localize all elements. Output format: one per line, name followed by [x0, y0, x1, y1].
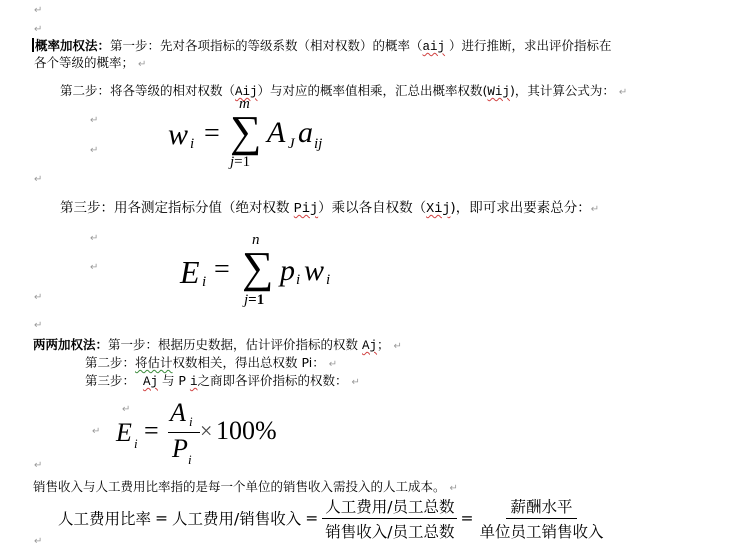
step1-line2-text: 各个等级的概率；	[34, 55, 134, 70]
formula-eq: =	[204, 118, 220, 150]
numerator-A: A	[170, 398, 186, 428]
sum-lower-rest: =1	[248, 292, 264, 308]
denominator-P: P	[172, 434, 188, 464]
var-Wij: Wij	[487, 85, 510, 99]
section1-step1-line2: 各个等级的概率； ↵	[34, 55, 146, 73]
step1-text-end: ）进行推断，求出评价指标在	[445, 38, 611, 53]
formula-lhs-sub: i	[134, 436, 138, 452]
formula-mid: 人工费用/销售收入	[172, 507, 301, 529]
sum-lower: j=1	[230, 154, 250, 171]
term-a-sub: ij	[314, 136, 322, 153]
paragraph-mark: ↵	[34, 174, 42, 185]
paragraph-mark: ↵	[450, 483, 458, 494]
paragraph-mark: ↵	[591, 204, 599, 215]
percent-value: 100%	[216, 416, 277, 446]
step3-text-end: )，即可求出要素总分：	[450, 200, 590, 216]
term-a: a	[298, 116, 313, 150]
formula-eq: =	[214, 254, 230, 286]
step2-text-mid: ）与对应的概率值相乘，汇总出概率权数(	[258, 83, 488, 98]
step2-text: 第二步：	[85, 355, 135, 370]
section2-title: 两两加权法：	[33, 337, 108, 352]
times-icon: ×	[200, 418, 212, 444]
step3-text-mid: 与 P	[158, 373, 190, 388]
paragraph-mark: ↵	[90, 145, 98, 156]
fraction-numerator: 薪酬水平	[506, 495, 576, 519]
fraction-denominator: 单位员工销售收入	[476, 519, 606, 542]
section2-step3: 第三步： Aj 与 P i之商即各评价指标的权数： ↵	[85, 373, 360, 391]
section1-step2: 第二步：将各等级的相对权数（Aij）与对应的概率值相乘，汇总出概率权数(Wij)…	[60, 83, 627, 101]
step3-text-end: 之商即各评价指标的权数：	[197, 373, 347, 388]
text-cursor	[32, 38, 34, 52]
paragraph-mark: ↵	[90, 233, 98, 244]
formula-eq: =	[144, 416, 159, 446]
section1-step3: 第三步：用各测定指标分值（绝对权数 Pij）乘以各自权数（Xij)，即可求出要素…	[60, 199, 599, 219]
var-Xij: Xij	[426, 202, 450, 217]
sigma-icon: ∑	[242, 244, 273, 292]
section2-step2: 第二步：将估计权数相关，得出总权数 Pi： ↵	[85, 355, 337, 373]
formula-weighted-probability: w i = m ∑ j=1 A J a ij	[168, 100, 338, 180]
step3-text-mid: ）乘以各自权数（	[318, 200, 426, 216]
formula-lhs: E	[116, 418, 132, 448]
sum-lower: j=1	[244, 292, 264, 309]
fraction-denominator: 销售收入/员工总数	[322, 519, 457, 542]
grammar-flag-text: 将估计	[135, 355, 173, 370]
paragraph-mark: ↵	[34, 460, 42, 471]
formula-ratio: E i = A i P i × 100%	[116, 402, 286, 472]
fraction-per-employee: 人工费用/员工总数 销售收入/员工总数	[322, 495, 457, 542]
paragraph-mark: ↵	[351, 377, 359, 388]
term-A-sub: J	[288, 136, 295, 153]
formula-eq: =	[155, 509, 168, 527]
fraction-bar	[168, 432, 200, 433]
paragraph-mark: ↵	[90, 262, 98, 273]
paragraph-mark: ↵	[394, 341, 402, 352]
var-Aj: Aj	[143, 375, 158, 389]
paragraph-mark: ↵	[138, 59, 146, 70]
sigma-icon: ∑	[230, 108, 261, 156]
var-Aj: Aj	[362, 339, 377, 353]
denominator-sub: i	[188, 452, 192, 468]
step3-text: 第三步：用各测定指标分值（绝对权数	[60, 200, 294, 216]
formula-labor-cost-ratio: 人工费用比率 = 人工费用/销售收入 = 人工费用/员工总数 销售收入/员工总数…	[58, 496, 607, 540]
section2-step1: 两两加权法：第一步：根据历史数据，估计评价指标的权数 Aj； ↵	[33, 337, 402, 355]
term-p-sub: i	[296, 272, 300, 289]
formula-lhs: E	[180, 254, 200, 291]
formula-lhs-sub: i	[202, 274, 206, 291]
paragraph-mark: ↵	[34, 320, 42, 331]
var-aij: aij	[423, 40, 446, 54]
paragraph-mark: ↵	[90, 115, 98, 126]
fraction-salary: 薪酬水平 单位员工销售收入	[476, 495, 606, 542]
sentence-text: 销售收入与人工费用比率指的是每一个单位的销售收入需投入的人工成本。	[33, 479, 446, 494]
term-p: p	[280, 254, 295, 288]
paragraph-mark: ↵	[34, 5, 42, 16]
section1-title: 概率加权法：	[35, 38, 110, 53]
step3-text: 第三步：	[85, 373, 143, 388]
term-A: A	[267, 116, 285, 150]
paragraph-mark: ↵	[34, 24, 42, 35]
formula-lhs-sub: i	[190, 136, 194, 153]
paragraph-mark: ↵	[92, 426, 100, 437]
step2-text: 第二步：将各等级的相对权数（	[60, 83, 235, 98]
step1-text: 第一步：根据历史数据，估计评价指标的权数	[108, 337, 362, 352]
formula-lhs: w	[168, 118, 188, 152]
term-w: w	[304, 254, 324, 288]
fraction-numerator: 人工费用/员工总数	[322, 495, 457, 519]
step1-text: 第一步：先对各项指标的等级系数（相对权数）的概率（	[110, 38, 423, 53]
formula-total-score: E i = n ∑ j=1 p i w i	[180, 236, 350, 320]
paragraph-mark: ↵	[34, 292, 42, 303]
formula-lhs: 人工费用比率	[58, 507, 151, 529]
formula-eq: =	[460, 509, 473, 527]
step2-text-end: 权数相关，得出总权数 Pi：	[173, 355, 325, 370]
step1-text-end: ；	[377, 337, 390, 352]
paragraph-mark: ↵	[329, 359, 337, 370]
paragraph-mark: ↵	[619, 87, 627, 98]
section1-step1-line1: 概率加权法：第一步：先对各项指标的等级系数（相对权数）的概率（aij ）进行推断…	[32, 38, 612, 55]
step2-text-end: )，其计算公式为：	[510, 83, 615, 98]
term-w-sub: i	[326, 272, 330, 289]
var-Pij: Pij	[294, 202, 318, 217]
paragraph-mark: ↵	[34, 536, 42, 547]
numerator-sub: i	[189, 414, 193, 430]
formula-eq: =	[305, 509, 318, 527]
